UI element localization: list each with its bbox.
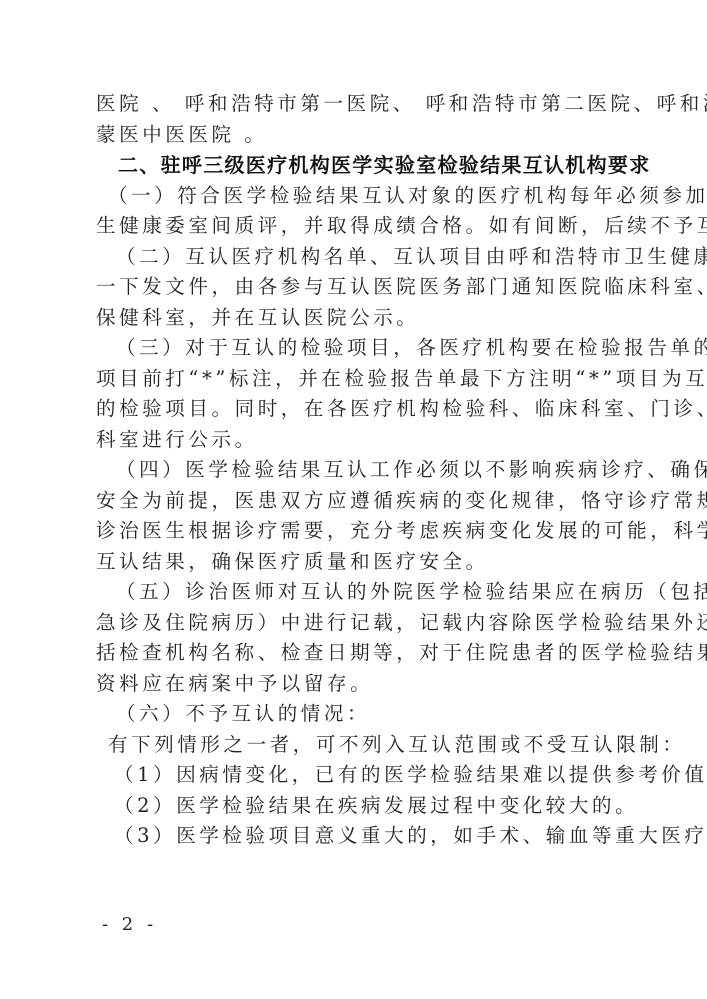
document-page: 医院 、 呼和浩特市第一医院、 呼和浩特市第二医院、呼和浩特市 蒙医中医医院 。… [0, 0, 707, 999]
text-line: 有下列情形之一者，可不列入互认范围或不受互认限制： [96, 730, 616, 761]
paragraph-item-1-start: （一）符合医学检验结果互认对象的医疗机构每年必须参加国家卫 [96, 181, 616, 212]
paragraph-item-6-start: （六）不予互认的情况： [96, 699, 616, 730]
text-line: 一下发文件，由各参与互认医院医务部门通知医院临床科室、门诊、 [96, 272, 616, 303]
paragraph-item-4-start: （四）医学检验结果互认工作必须以不影响疾病诊疗、确保医疗 [96, 455, 616, 486]
document-body: 医院 、 呼和浩特市第一医院、 呼和浩特市第二医院、呼和浩特市 蒙医中医医院 。… [96, 89, 616, 852]
text-line: 资料应在病案中予以留存。 [96, 669, 616, 700]
paragraph-item-3-start: （三）对于互认的检验项目，各医疗机构要在检验报告单的具体 [96, 333, 616, 364]
text-line: 安全为前提，医患双方应遵循疾病的变化规律，恪守诊疗常规，由 [96, 486, 616, 517]
page-number: - 2 - [102, 914, 157, 935]
text-line: 括检查机构名称、检查日期等，对于住院患者的医学检验结果互认 [96, 638, 616, 669]
text-line: 蒙医中医医院 。 [96, 120, 616, 151]
list-item-3: （3）医学检验项目意义重大的，如手术、输血等重大医疗措施前 [96, 821, 616, 852]
list-item-1: （1）因病情变化，已有的医学检验结果难以提供参考价值的。 [96, 760, 616, 791]
text-line: 项目前打“*”标注，并在检验报告单最下方注明“*”项目为互认 [96, 364, 616, 395]
text-line: 的检验项目。同时，在各医疗机构检验科、临床科室、门诊、保健 [96, 394, 616, 425]
text-line: 科室进行公示。 [96, 425, 616, 456]
text-line: 互认结果，确保医疗质量和医疗安全。 [96, 547, 616, 578]
paragraph-item-5-start: （五）诊治医师对互认的外院医学检验结果应在病历（包括门、 [96, 577, 616, 608]
text-line: 诊治医生根据诊疗需要，充分考虑疾病变化发展的可能，科学选择 [96, 516, 616, 547]
text-line: 生健康委室间质评，并取得成绩合格。如有间断，后续不予互认。 [96, 211, 616, 242]
section-heading: 二、驻呼三级医疗机构医学实验室检验结果互认机构要求 [96, 150, 616, 181]
text-line: 保健科室，并在互认医院公示。 [96, 303, 616, 334]
list-item-2: （2）医学检验结果在疾病发展过程中变化较大的。 [96, 791, 616, 822]
paragraph-item-2-start: （二）互认医疗机构名单、互认项目由呼和浩特市卫生健康委统 [96, 242, 616, 273]
text-line: 医院 、 呼和浩特市第一医院、 呼和浩特市第二医院、呼和浩特市 [96, 89, 616, 120]
text-line: 急诊及住院病历）中进行记载，记载内容除医学检验结果外还应包 [96, 608, 616, 639]
